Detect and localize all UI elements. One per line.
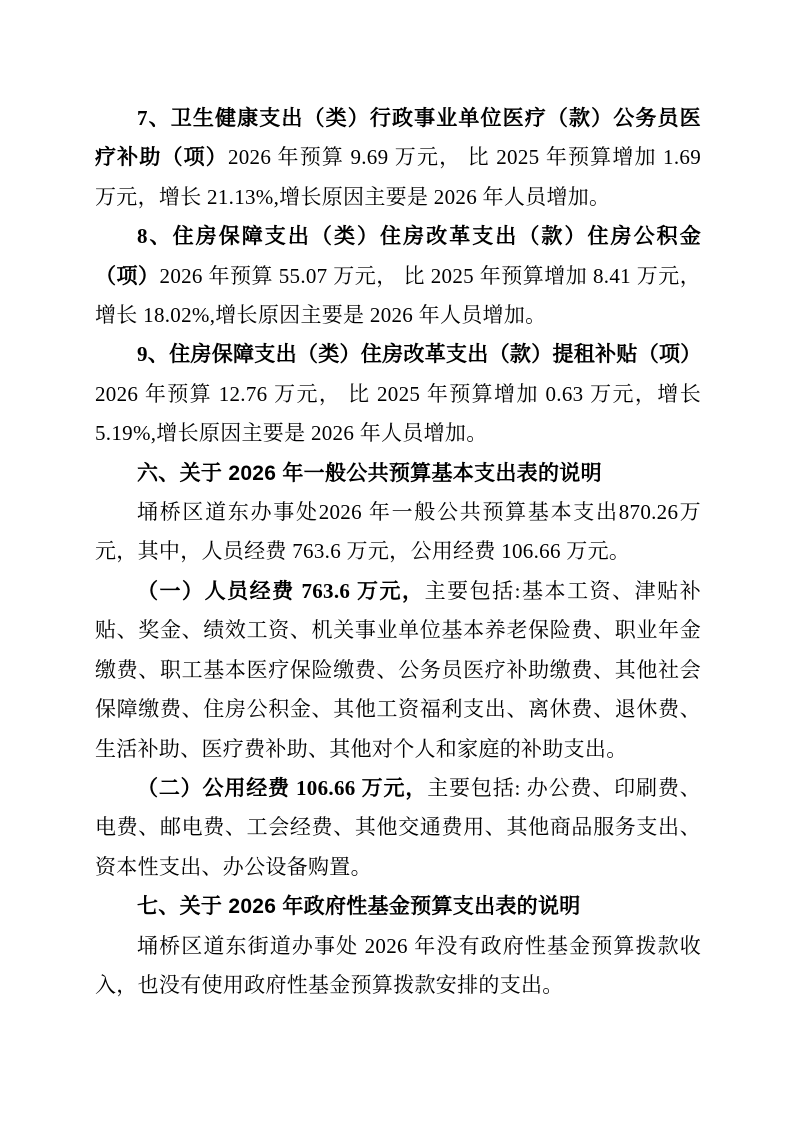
item-8-text: 2026 年预算 55.07 万元， 比 2025 年预算增加 8.41 万元，… [95,264,701,327]
item-9-lead: 9、住房保障支出（类）住房改革支出（款）提租补贴（项） [137,342,702,366]
item-yi-text: 主要包括:基本工资、津贴补贴、奖金、绩效工资、机关事业单位基本养老保险费、职业年… [95,579,701,761]
paragraph-item-8-housing-fund: 8、住房保障支出（类）住房改革支出（款）住房公积金（项）2026 年预算 55.… [95,217,701,335]
section-6-heading: 六、关于 2026 年一般公共预算基本支出表的说明 [95,454,701,493]
section-7-heading-text: 七、关于 2026 年政府性基金预算支出表的说明 [137,895,581,918]
paragraph-item-9-rent-subsidy: 9、住房保障支出（类）住房改革支出（款）提租补贴（项）2026 年预算 12.7… [95,335,701,453]
section-7-body-text: 埇桥区道东街道办事处 2026 年没有政府性基金预算拨款收入，也没有使用政府性基… [95,934,701,997]
section-7-body: 埇桥区道东街道办事处 2026 年没有政府性基金预算拨款收入，也没有使用政府性基… [95,927,701,1006]
item-yi-lead: （一）人员经费 763.6 万元， [137,579,425,603]
section-6-body: 埇桥区道东办事处2026 年一般公共预算基本支出870.26万元，其中，人员经费… [95,493,701,572]
section-6-heading-text: 六、关于 2026 年一般公共预算基本支出表的说明 [137,462,602,485]
item-er-lead: （二）公用经费 106.66 万元， [137,776,427,800]
paragraph-item-yi-personnel-funds: （一）人员经费 763.6 万元，主要包括:基本工资、津贴补贴、奖金、绩效工资、… [95,572,701,769]
paragraph-item-7-health-expenditure: 7、卫生健康支出（类）行政事业单位医疗（款）公务员医疗补助（项）2026 年预算… [95,99,701,217]
section-7-heading: 七、关于 2026 年政府性基金预算支出表的说明 [95,887,701,926]
paragraph-item-er-public-funds: （二）公用经费 106.66 万元，主要包括: 办公费、印刷费、电费、邮电费、工… [95,769,701,887]
section-6-body-text: 埇桥区道东办事处2026 年一般公共预算基本支出870.26万元，其中，人员经费… [95,500,701,563]
item-9-text: 2026 年预算 12.76 万元， 比 2025 年预算增加 0.63 万元，… [95,382,701,445]
document-page: 7、卫生健康支出（类）行政事业单位医疗（款）公务员医疗补助（项）2026 年预算… [0,0,793,1122]
